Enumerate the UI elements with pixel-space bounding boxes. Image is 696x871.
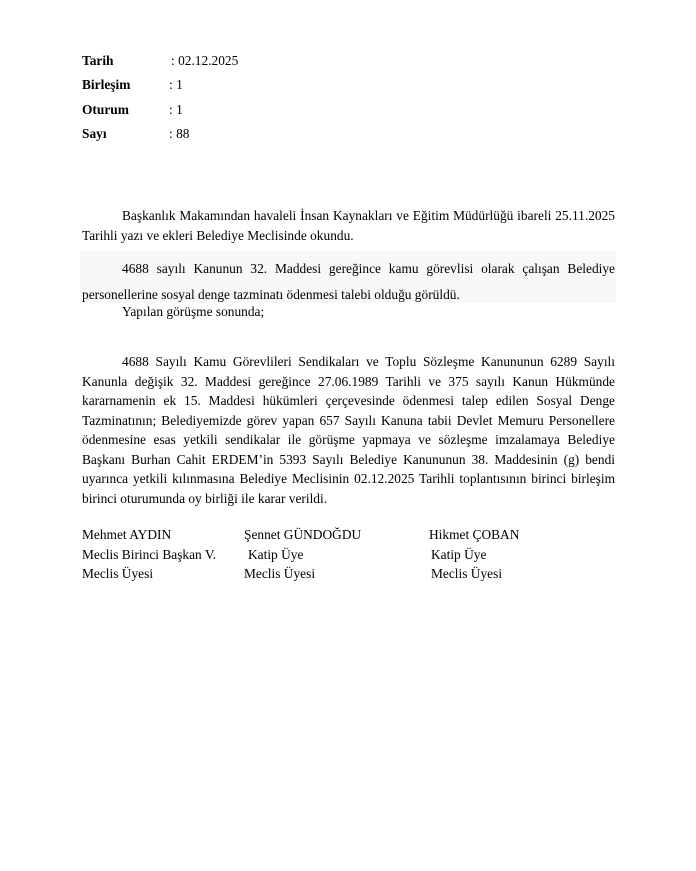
meta-label-sitting: Oturum	[82, 101, 129, 119]
signature-block-1: Mehmet AYDIN Meclis Birinci Başkan V. Me…	[82, 525, 216, 584]
signature-block-2: Şennet GÜNDOĞDU Katip Üye Meclis Üyesi	[244, 525, 361, 584]
signatory-name: Hikmet ÇOBAN	[429, 525, 519, 545]
paragraph-discussion: Yapılan görüşme sonunda;	[82, 302, 615, 322]
signatory-role: Katip Üye	[431, 545, 519, 565]
signatory-name: Mehmet AYDIN	[82, 525, 216, 545]
meta-value-date: : 02.12.2025	[171, 52, 238, 70]
meta-label-session: Birleşim	[82, 76, 130, 94]
meta-value-session: : 1	[169, 76, 183, 94]
signatory-role: Katip Üye	[248, 545, 361, 565]
meta-value-sitting: : 1	[169, 101, 183, 119]
signature-block-3: Hikmet ÇOBAN Katip Üye Meclis Üyesi	[429, 525, 519, 584]
meta-value-number: : 88	[169, 125, 189, 143]
signatory-name: Şennet GÜNDOĞDU	[244, 525, 361, 545]
meta-label-number: Sayı	[82, 125, 107, 143]
signatory-title: Meclis Üyesi	[82, 564, 216, 584]
signatory-title: Meclis Üyesi	[244, 564, 361, 584]
paragraph-request: 4688 sayılı Kanunun 32. Maddesi gereğinc…	[82, 256, 615, 308]
meta-label-date: Tarih	[82, 52, 114, 70]
signatory-role: Meclis Birinci Başkan V.	[82, 545, 216, 565]
signatory-title: Meclis Üyesi	[431, 564, 519, 584]
paragraph-decision: 4688 Sayılı Kamu Görevlileri Sendikaları…	[82, 352, 615, 508]
paragraph-referral: Başkanlık Makamından havaleli İnsan Kayn…	[82, 206, 615, 245]
